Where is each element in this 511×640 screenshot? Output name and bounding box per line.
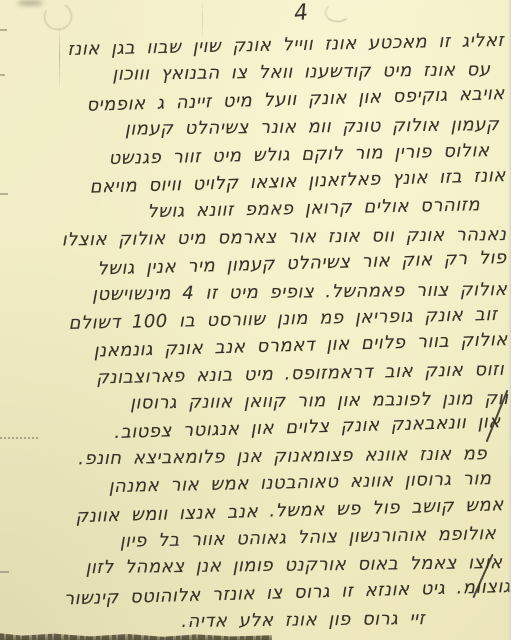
handwriting-block: זאליג זו מאכטע אונז ווייל אונק שוין שבוו… — [0, 29, 511, 638]
letter-page: 4 זאליג זו מאכטע אונז ווייל אונק שוין שב… — [0, 0, 511, 640]
scan-smudge — [17, 0, 43, 6]
page-number: 4 — [293, 0, 325, 26]
edge-mark — [0, 74, 5, 76]
ring-mark-left — [41, 0, 75, 33]
edge-mark — [0, 193, 8, 195]
edge-dotted-line — [0, 437, 38, 439]
ring-mark-right — [325, 3, 350, 22]
edge-mark — [0, 571, 9, 573]
edge-mark — [0, 29, 7, 31]
